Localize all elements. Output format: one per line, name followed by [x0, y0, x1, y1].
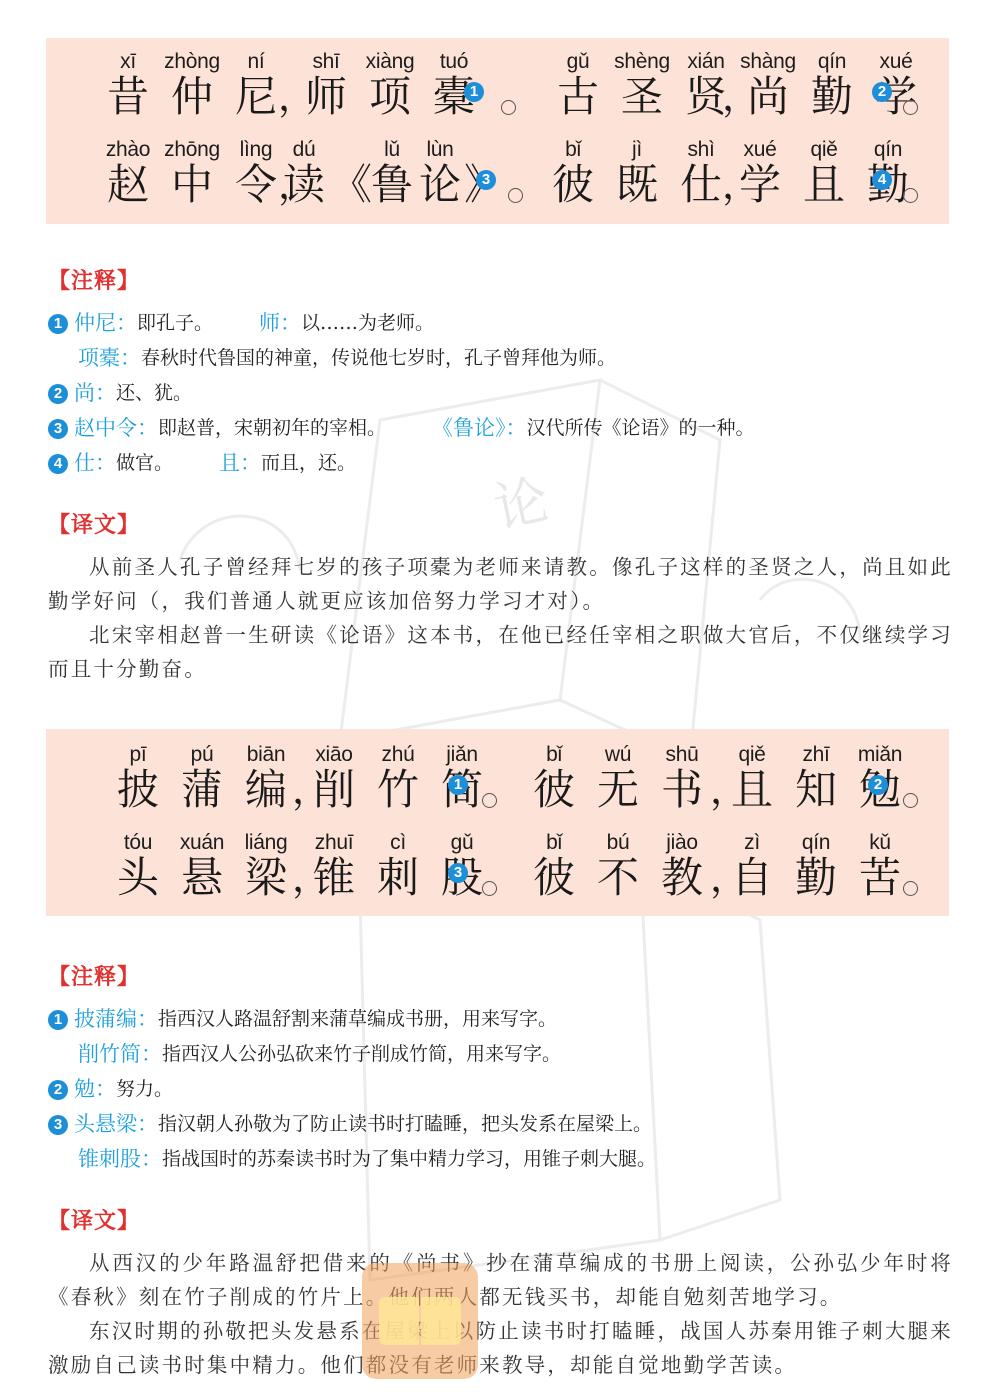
hanzi: 自	[720, 853, 784, 903]
note-gloss: 而且，还。	[261, 446, 356, 481]
note-gloss: 春秋时代鲁国的神童，传说他七岁时，孔子曾拜他为师。	[141, 341, 616, 376]
note-term: 项橐：	[78, 341, 141, 376]
note-badge-2: 2	[872, 82, 892, 102]
hanzi: 锥	[302, 853, 366, 903]
hanzi: 彼	[541, 160, 605, 210]
translation-paragraph: 东汉时期的孙敬把头发悬系在屋梁上以防止读书时打瞌睡，战国人苏秦用锥子刺大腿来激励…	[48, 1314, 953, 1382]
note-gloss: 以……为老师。	[301, 306, 434, 341]
note-term: 头悬梁：	[74, 1107, 158, 1142]
note-item: 4 仕：做官。 且：而且，还。	[48, 446, 948, 481]
hanzi: 仲	[160, 72, 224, 122]
note-number-badge: 1	[48, 314, 68, 334]
full-stop	[903, 100, 918, 115]
translation-2: 从西汉的少年路温舒把借来的《尚书》抄在蒲草编成的书册上阅读，公孙弘少年时将《春秋…	[48, 1246, 953, 1382]
note-badge-3: 3	[476, 170, 496, 190]
note-term: 尚：	[74, 376, 116, 411]
verse-phrase: dú读 《 lǔ鲁 lùn论 》	[278, 134, 504, 224]
pinyin: miǎn	[828, 743, 932, 767]
note-item: 3 头悬梁：指汉朝人孙敬为了防止读书时打瞌睡，把头发系在屋梁上。	[48, 1107, 948, 1142]
hanzi: 勤	[784, 853, 848, 903]
pinyin: kǔ	[828, 831, 932, 855]
hanzi: 知	[784, 765, 848, 815]
hanzi: 编	[234, 765, 298, 815]
hanzi: 勤	[800, 72, 864, 122]
hanzi: 鲁	[368, 160, 416, 210]
note-gloss: 汉代所传《论语》的一种。	[527, 411, 755, 446]
translation-heading-2: 【译文】	[48, 1204, 140, 1235]
verse-phrase: tóu头 xuán悬 liáng梁	[106, 827, 298, 917]
open-book-icon	[362, 1263, 478, 1379]
hanzi: 头	[106, 853, 170, 903]
translation-paragraph: 从前圣人孔子曾经拜七岁的孩子项橐为老师来请教。像孔子这样的圣贤之人，尚且如此勤学…	[48, 550, 953, 618]
book-left-page	[379, 1297, 419, 1345]
full-stop	[482, 793, 497, 808]
note-item: 1 披蒲编：指西汉人路温舒割来蒲草编成书册，用来写字。	[48, 1002, 948, 1037]
note-term: 且：	[219, 446, 261, 481]
hanzi: 蒲	[170, 765, 234, 815]
translation-heading-1: 【译文】	[48, 508, 140, 539]
note-gloss: 做官。	[116, 446, 173, 481]
note-item: 项橐：春秋时代鲁国的神童，传说他七岁时，孔子曾拜他为师。	[48, 341, 948, 376]
note-item: 1 仲尼：即孔子。 师：以……为老师。	[48, 306, 948, 341]
note-term: 勉：	[74, 1072, 116, 1107]
pinyin: xué	[844, 50, 948, 74]
full-stop	[903, 793, 918, 808]
note-gloss: 即赵普，宋朝初年的宰相。	[158, 411, 386, 446]
verse-line: pī披 pú蒲 biān编 ， xiāo削 zhú竹 jiǎn简 1 bǐ彼 w…	[46, 739, 949, 829]
hanzi: 且	[720, 765, 784, 815]
note-gloss: 指汉朝人孙敬为了防止读书时打瞌睡，把头发系在屋梁上。	[158, 1107, 652, 1142]
note-number-badge: 2	[48, 384, 68, 404]
verse-phrase: zì自 qín勤 kǔ苦	[720, 827, 912, 917]
hanzi: 既	[605, 160, 669, 210]
hanzi: 彼	[522, 853, 586, 903]
verse-phrase: pī披 pú蒲 biān编	[106, 739, 298, 829]
hanzi: 师	[294, 72, 358, 122]
translation-paragraph: 从西汉的少年路温舒把借来的《尚书》抄在蒲草编成的书册上阅读，公孙弘少年时将《春秋…	[48, 1246, 953, 1314]
note-number-badge: 3	[48, 419, 68, 439]
note-term: 披蒲编：	[74, 1002, 158, 1037]
note-gloss: 努力。	[116, 1072, 173, 1107]
note-badge-4: 4	[872, 170, 892, 190]
hanzi: 圣	[610, 72, 674, 122]
note-badge-3: 3	[448, 863, 468, 883]
translation-paragraph: 北宋宰相赵普一生研读《论语》这本书，在他已经任宰相之职做大官后，不仅继续学习而且…	[48, 618, 953, 686]
book-right-page	[421, 1297, 461, 1345]
hanzi: 教	[650, 853, 714, 903]
full-stop	[903, 881, 918, 896]
full-stop	[903, 188, 918, 203]
note-term: 仲尼：	[74, 306, 137, 341]
verse-phrase: bǐ彼 bú不 jiào教	[522, 827, 714, 917]
verse-line: zhào赵 zhōng中 lìng令 ， dú读 《 lǔ鲁 lùn论 》 3 …	[46, 134, 949, 224]
note-item: 3 赵中令：即赵普，宋朝初年的宰相。 《鲁论》：汉代所传《论语》的一种。	[48, 411, 948, 446]
hanzi: 梁	[234, 853, 298, 903]
hanzi: 苦	[848, 853, 912, 903]
hanzi: 尚	[736, 72, 800, 122]
verse-phrase: bǐ彼 jì既 shì仕	[541, 134, 733, 224]
verse-line: xī昔 zhòng仲 ní尼 ， shī师 xiàng项 tuó橐 1 gǔ古 …	[46, 46, 949, 136]
hanzi: 学	[728, 160, 792, 210]
note-term: 师：	[259, 306, 301, 341]
hanzi: 披	[106, 765, 170, 815]
hanzi: 论	[416, 160, 464, 210]
hanzi: 竹	[366, 765, 430, 815]
verse-phrase: shàng尚 qín勤 xué学	[736, 46, 928, 136]
note-term: 《鲁论》：	[432, 411, 527, 446]
hanzi: 无	[586, 765, 650, 815]
pinyin: gǔ	[410, 831, 514, 855]
hanzi: 项	[358, 72, 422, 122]
verse-box-1: xī昔 zhòng仲 ní尼 ， shī师 xiàng项 tuó橐 1 gǔ古 …	[46, 38, 949, 224]
pinyin: jiǎn	[410, 743, 514, 767]
hanzi: 中	[160, 160, 224, 210]
verse-phrase: shī师 xiàng项 tuó橐	[294, 46, 486, 136]
hanzi: 悬	[170, 853, 234, 903]
note-gloss: 指西汉人路温舒割来蒲草编成书册，用来写字。	[158, 1002, 557, 1037]
hanzi: 削	[302, 765, 366, 815]
note-gloss: 指西汉人公孙弘砍来竹子削成竹简，用来写字。	[162, 1037, 561, 1072]
hanzi: 且	[792, 160, 856, 210]
note-badge-1: 1	[448, 775, 468, 795]
verse-phrase: gǔ古 shèng圣 xián贤	[546, 46, 738, 136]
hanzi: 《	[330, 160, 368, 210]
note-number-badge: 2	[48, 1080, 68, 1100]
hanzi: 昔	[96, 72, 160, 122]
verse-phrase: xī昔 zhòng仲 ní尼	[96, 46, 288, 136]
note-badge-2: 2	[868, 775, 888, 795]
hanzi: 彼	[522, 765, 586, 815]
pinyin: qín	[836, 138, 940, 162]
note-badge-1: 1	[464, 82, 484, 102]
note-number-badge: 3	[48, 1115, 68, 1135]
note-item: 削竹简：指西汉人公孙弘砍来竹子削成竹简，用来写字。	[48, 1037, 948, 1072]
notes-heading-1: 【注释】	[48, 264, 140, 295]
note-number-badge: 4	[48, 454, 68, 474]
note-item: 2 尚：还、犹。	[48, 376, 948, 411]
full-stop	[501, 100, 516, 115]
hanzi: 赵	[96, 160, 160, 210]
verse-phrase: bǐ彼 wú无 shū书	[522, 739, 714, 829]
note-term: 锥刺股：	[78, 1142, 162, 1177]
hanzi: 刺	[366, 853, 430, 903]
notes-list-1: 1 仲尼：即孔子。 师：以……为老师。 项橐：春秋时代鲁国的神童，传说他七岁时，…	[48, 306, 948, 481]
full-stop	[508, 188, 523, 203]
verse-box-2: pī披 pú蒲 biān编 ， xiāo削 zhú竹 jiǎn简 1 bǐ彼 w…	[46, 729, 949, 916]
verse-line: tóu头 xuán悬 liáng梁 ， zhuī锥 cì刺 gǔ股 3 bǐ彼 …	[46, 827, 949, 917]
note-gloss: 指战国时的苏秦读书时为了集中精力学习，用锥子刺大腿。	[162, 1142, 656, 1177]
pinyin: tuó	[402, 50, 506, 74]
hanzi: 书	[650, 765, 714, 815]
hanzi: 不	[586, 853, 650, 903]
note-item: 2 勉：努力。	[48, 1072, 948, 1107]
note-gloss: 还、犹。	[116, 376, 192, 411]
note-term: 赵中令：	[74, 411, 158, 446]
note-gloss: 即孔子。	[137, 306, 213, 341]
hanzi: 读	[278, 160, 330, 210]
note-term: 仕：	[74, 446, 116, 481]
note-term: 削竹简：	[78, 1037, 162, 1072]
hanzi: 古	[546, 72, 610, 122]
translation-1: 从前圣人孔子曾经拜七岁的孩子项橐为老师来请教。像孔子这样的圣贤之人，尚且如此勤学…	[48, 550, 953, 686]
notes-heading-2: 【注释】	[48, 960, 140, 991]
note-item: 锥刺股：指战国时的苏秦读书时为了集中精力学习，用锥子刺大腿。	[48, 1142, 948, 1177]
notes-list-2: 1 披蒲编：指西汉人路温舒割来蒲草编成书册，用来写字。 削竹简：指西汉人公孙弘砍…	[48, 1002, 948, 1177]
full-stop	[482, 881, 497, 896]
note-number-badge: 1	[48, 1010, 68, 1030]
